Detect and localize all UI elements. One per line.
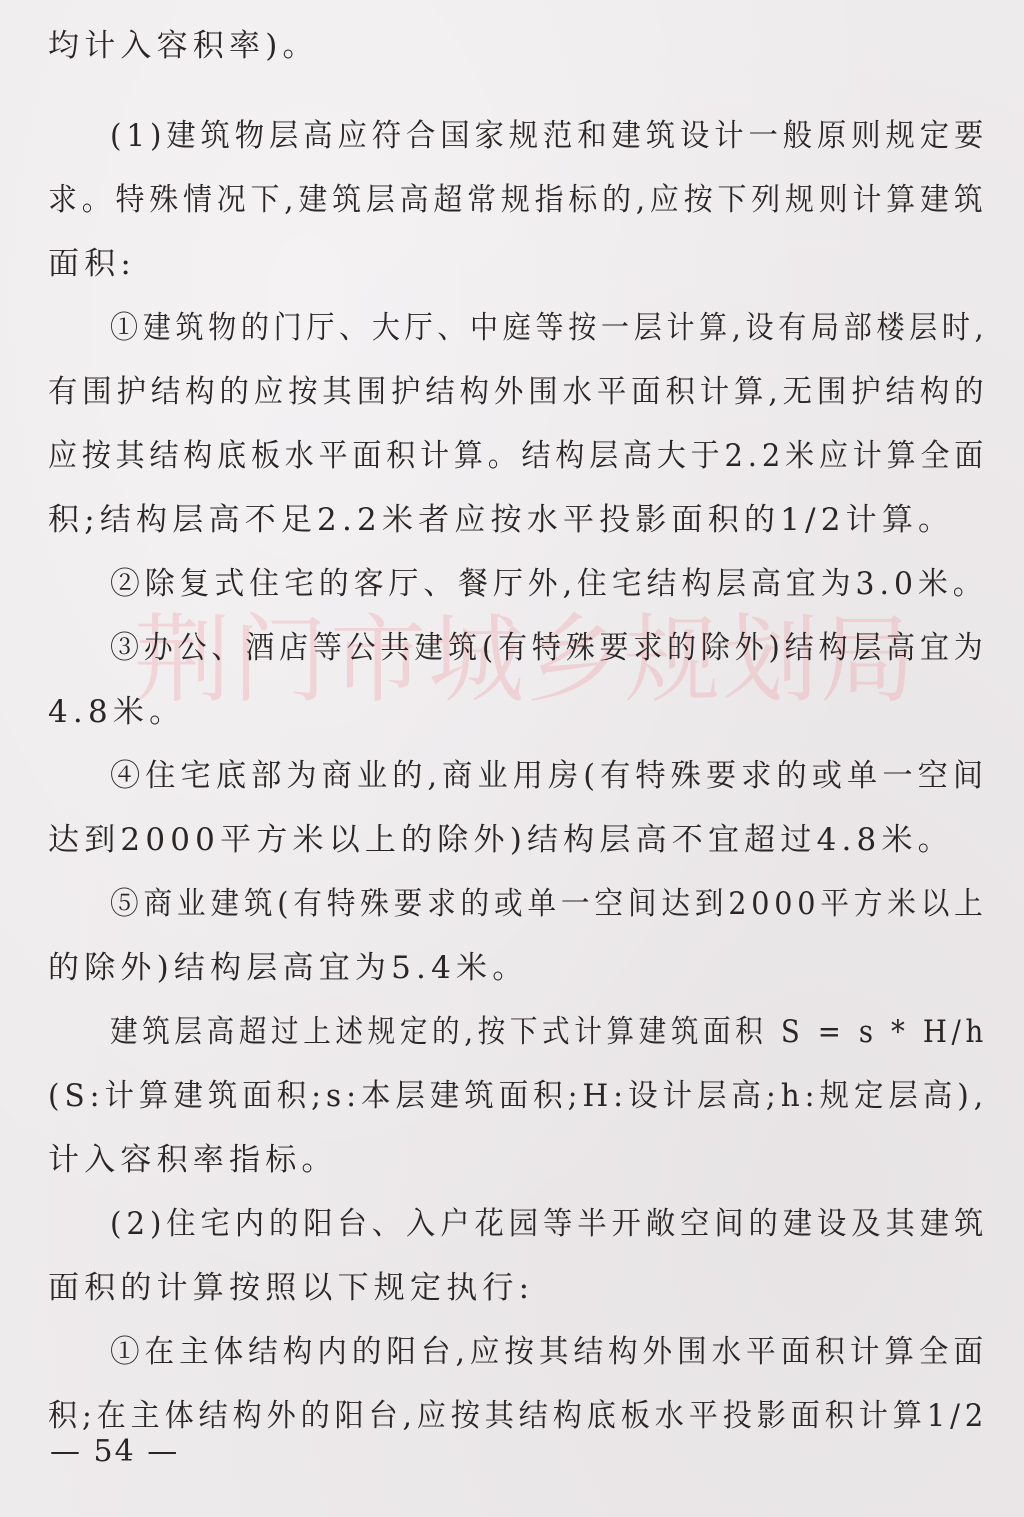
text-line: 的除外)结构层高宜为5.4米。 [48, 948, 988, 988]
text-line: ①在主体结构内的阳台,应按其结构外围水平面积计算全面 [110, 1332, 948, 1372]
text-line: (S:计算建筑面积;s:本层建筑面积;H:设计层高;h:规定层高), [48, 1076, 942, 1116]
text-line: 积;结构层高不足2.2米者应按水平投影面积的1/2计算。 [48, 500, 988, 540]
text-line: ③办公、酒店等公共建筑(有特殊要求的除外)结构层高宜为 [110, 628, 930, 668]
text-line: 应按其结构底板水平面积计算。结构层高大于2.2米应计算全面 [48, 436, 926, 476]
text-line: 积;在主体结构外的阳台,应按其结构底板水平投影面积计算1/2 [48, 1396, 931, 1436]
text-line: (1)建筑物层高应符合国家规范和建筑设计一般原则规定要 [110, 116, 941, 156]
page-number: — 54 — [50, 1432, 179, 1472]
text-line: ⑤商业建筑(有特殊要求的或单一空间达到2000平方米以上 [110, 884, 921, 924]
text-line: ④住宅底部为商业的,商业用房(有特殊要求的或单一空间 [110, 756, 966, 796]
text-line: 4.8米。 [48, 692, 988, 732]
body-text: 均计入容积率)。 (1)建筑物层高应符合国家规范和建筑设计一般原则规定要 求。特… [0, 0, 1024, 1517]
text-line: 面积: [48, 244, 988, 284]
document-page: 荆门市城乡规划局 均计入容积率)。 (1)建筑物层高应符合国家规范和建筑设计一般… [0, 0, 1024, 1517]
text-line: 建筑层高超过上述规定的,按下式计算建筑面积 S = s * H/h [110, 1012, 891, 1052]
text-line: (2)住宅内的阳台、入户花园等半开敞空间的建设及其建筑 [110, 1204, 941, 1244]
text-line: 有围护结构的应按其围护结构外围水平面积计算,无围护结构的 [48, 372, 939, 412]
text-line: 达到2000平方米以上的除外)结构层高不宜超过4.8米。 [48, 820, 988, 860]
text-line: 求。特殊情况下,建筑层高超常规指标的,应按下列规则计算建筑 [48, 180, 925, 220]
text-line: ②除复式住宅的客厅、餐厅外,住宅结构层高宜为3.0米。 [110, 564, 954, 604]
text-line: 计入容积率指标。 [48, 1140, 988, 1180]
text-line: 面积的计算按照以下规定执行: [48, 1268, 988, 1308]
text-line: ①建筑物的门厅、大厅、中庭等按一层计算,设有局部楼层时, [110, 308, 904, 348]
text-line: 均计入容积率)。 [48, 26, 988, 66]
